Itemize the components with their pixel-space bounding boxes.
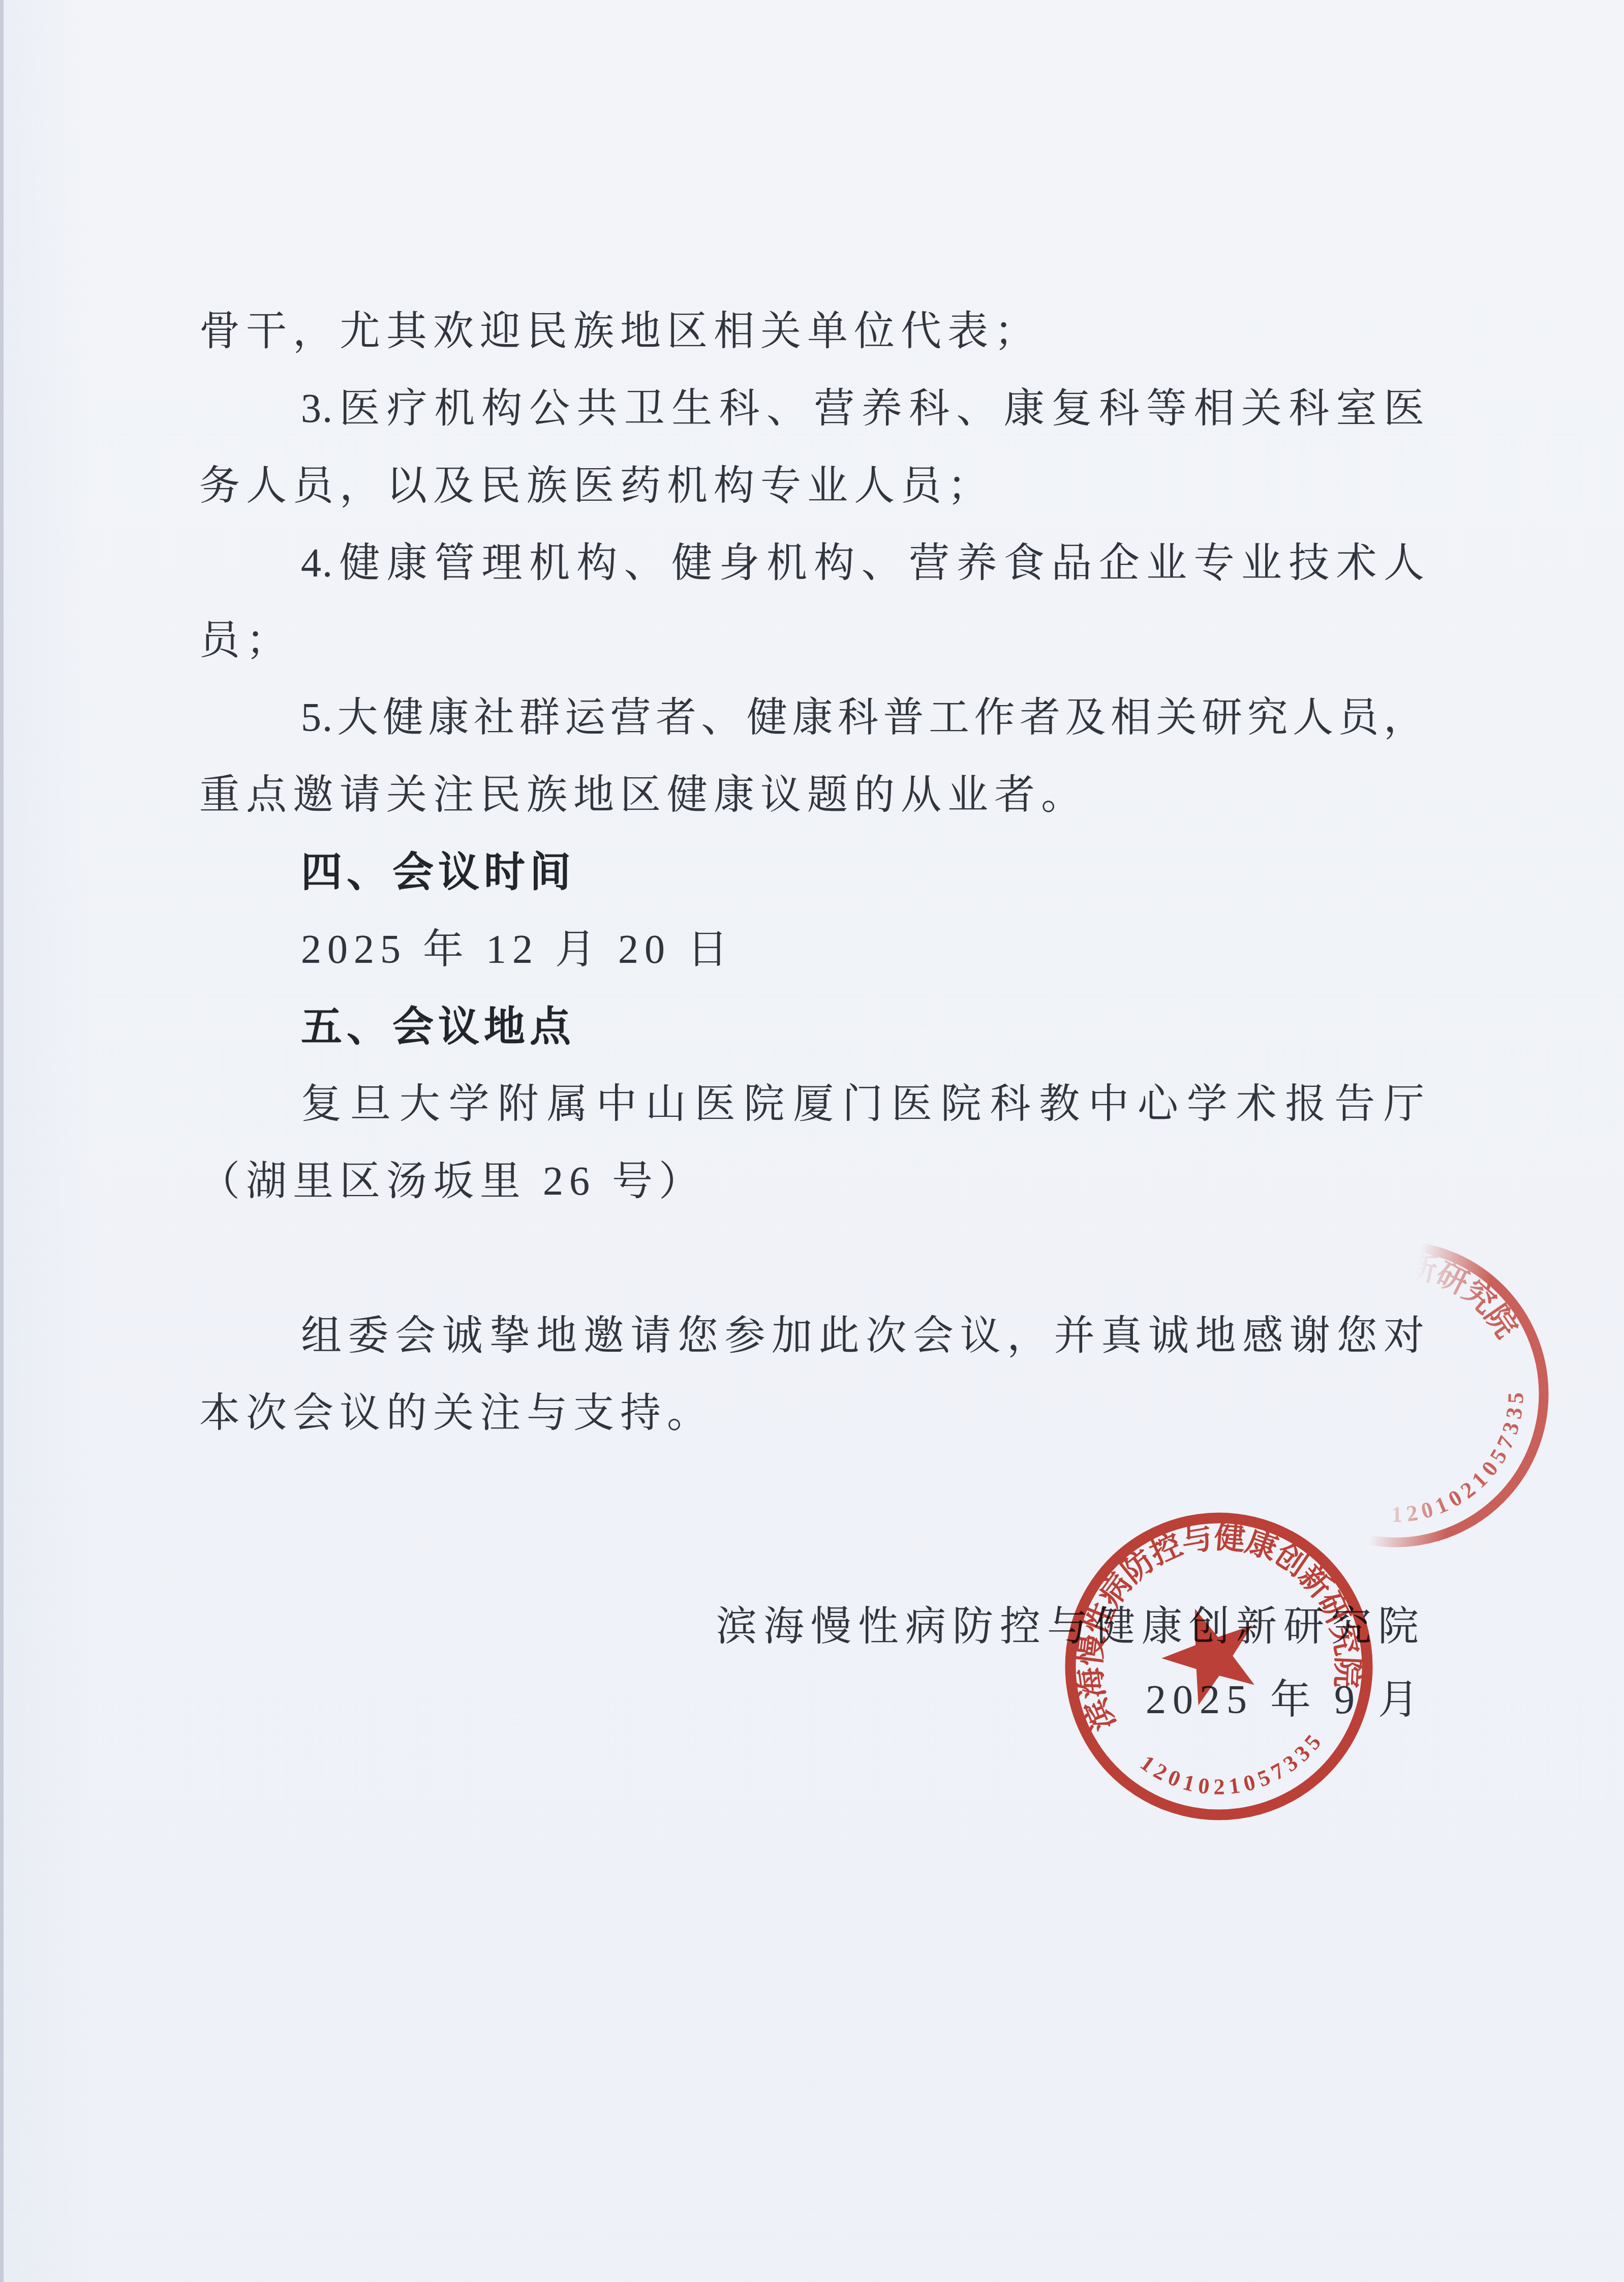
scanned-letter-page: 骨干，尤其欢迎民族地区相关单位代表； 3.医疗机构公共卫生科、营养科、康复科等相…: [0, 0, 1624, 2282]
section-heading-meeting-venue: 五、会议地点: [199, 1000, 1425, 1053]
body-line: 务人员，以及民族医药机构专业人员；: [199, 460, 1425, 512]
partial-seal-serial: 1201021057335: [1379, 1379, 1556, 1556]
body-line: 员；: [199, 614, 1425, 667]
body-line: 5.大健康社群运营者、健康科普工作者及相关研究人员，: [199, 691, 1425, 744]
meeting-date-line: 2025 年 12 月 20 日: [199, 923, 1425, 976]
seal-star-icon: [1155, 1601, 1263, 1710]
body-line: 3.医疗机构公共卫生科、营养科、康复科等相关科室医: [199, 382, 1425, 435]
body-line: 4.健康管理机构、健身机构、营养食品企业专业技术人: [199, 537, 1425, 590]
section-heading-meeting-time: 四、会议时间: [199, 846, 1425, 899]
seal-arc-text: 滨海慢性病防控与健康创新研究院: [1055, 1501, 1371, 1736]
body-line: 骨干，尤其欢迎民族地区相关单位代表；: [199, 305, 1425, 358]
venue-address-line: （湖里区汤坂里 26 号）: [199, 1155, 1425, 1208]
body-line: 重点邀请关注民族地区健康议题的从业者。: [199, 769, 1425, 821]
official-seal: 滨海慢性病防控与健康创新研究院 1201021057335: [1028, 1476, 1409, 1857]
venue-line: 复旦大学附属中山医院厦门医院科教中心学术报告厅: [199, 1078, 1425, 1131]
